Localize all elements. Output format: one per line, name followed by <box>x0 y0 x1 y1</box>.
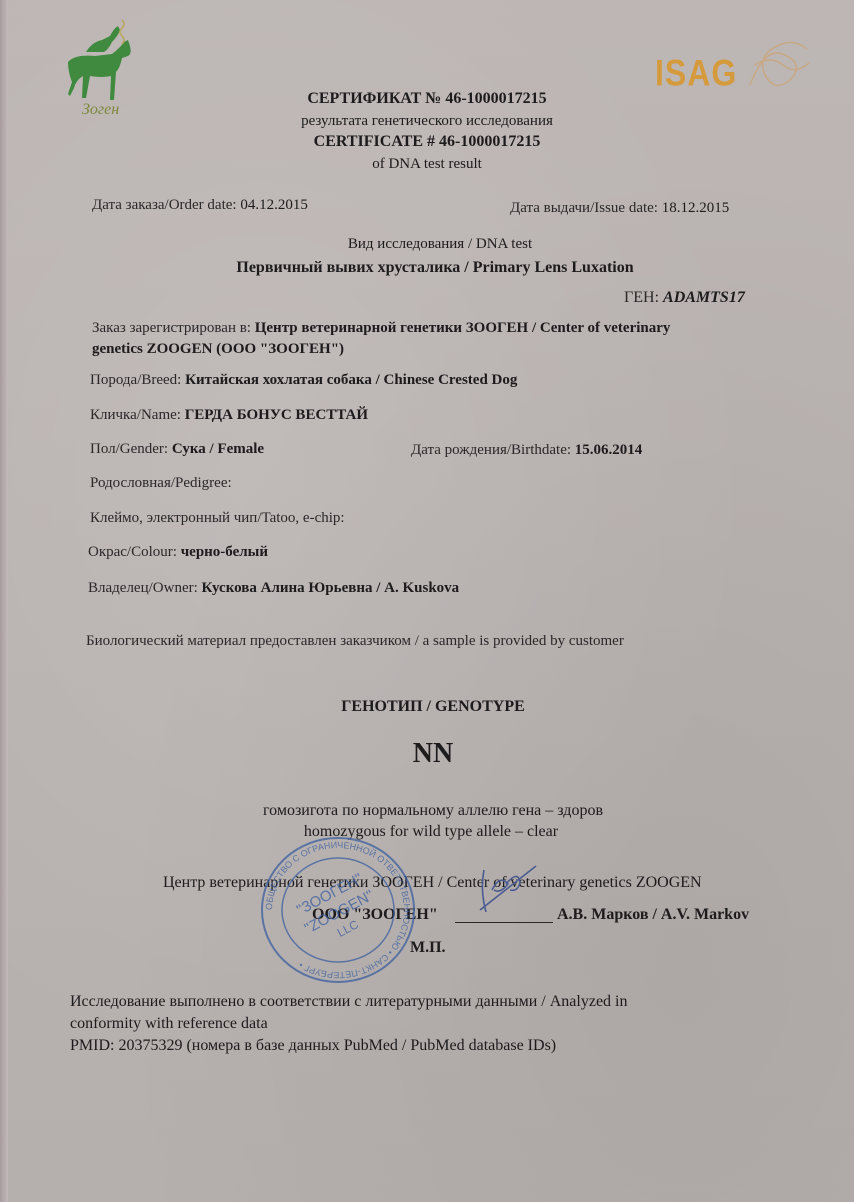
birthdate-label: Дата рождения/Birthdate: <box>411 442 575 458</box>
footer-line-2: conformity with reference data <box>70 1015 268 1033</box>
footer-pmid: PMID: 20375329 (номера в базе данных Pub… <box>70 1037 556 1055</box>
dna-test-label: Вид исследования / DNA test <box>0 236 854 253</box>
gender-value: Сука / Female <box>172 441 264 457</box>
company-stamp-icon: ОБЩЕСТВО С ОГРАНИЧЕННОЙ ОТВЕТСТВЕННОСТЬЮ… <box>258 835 418 985</box>
gene-value: ADAMTS17 <box>663 289 745 306</box>
certificate-subtitle-ru: результата генетического исследования <box>0 113 854 130</box>
owner-label: Владелец/Owner: <box>88 580 202 596</box>
issue-date: Дата выдачи/Issue date: 18.12.2015 <box>510 200 729 217</box>
colour: Окрас/Colour: черно-белый <box>88 544 268 561</box>
handwritten-signature-icon <box>470 860 540 915</box>
genotype-desc-ru: гомозигота по нормальному аллелю гена – … <box>0 802 854 820</box>
isag-logo: ISAG <box>655 52 737 95</box>
colour-label: Окрас/Colour: <box>88 544 181 560</box>
sample-note: Биологический материал предоставлен зака… <box>86 633 624 650</box>
colour-value: черно-белый <box>181 544 268 560</box>
registered-label: Заказ зарегистрирован в: <box>92 320 255 336</box>
issue-date-value: 18.12.2015 <box>662 200 730 216</box>
gene: ГЕН: ADAMTS17 <box>624 289 745 307</box>
signature-line <box>455 922 553 923</box>
birthdate: Дата рождения/Birthdate: 15.06.2014 <box>411 442 642 459</box>
order-date-value: 04.12.2015 <box>240 197 308 213</box>
certificate-title-ru: СЕРТИФИКАТ № 46-1000017215 <box>0 90 854 108</box>
genotype-desc-en: homozygous for wild type allele – clear <box>0 823 854 841</box>
owner-value: Кускова Алина Юрьевна / A. Kuskova <box>202 580 460 596</box>
issue-date-label: Дата выдачи/Issue date: <box>510 200 662 216</box>
dog-name-label: Кличка/Name: <box>90 407 185 423</box>
gender-label: Пол/Gender: <box>90 441 172 457</box>
breed-label: Порода/Breed: <box>90 372 185 388</box>
signer-name: А.В. Марков / A.V. Markov <box>557 906 749 924</box>
certificate-subtitle-en: of DNA test result <box>0 156 854 173</box>
dna-test-name: Первичный вывих хрусталика / Primary Len… <box>0 259 854 277</box>
breed-value: Китайская хохлатая собака / Chinese Cres… <box>185 372 517 388</box>
registered-at: Заказ зарегистрирован в: Центр ветеринар… <box>92 320 670 337</box>
genotype-value: NN <box>0 738 854 770</box>
birthdate-value: 15.06.2014 <box>575 442 643 458</box>
dog-name-value: ГЕРДА БОНУС ВЕСТТАЙ <box>185 407 368 423</box>
registered-value-line2: genetics ZOOGEN (ООО "ЗООГЕН") <box>92 341 344 358</box>
gender: Пол/Gender: Сука / Female <box>90 441 264 458</box>
signature-center-name: Центр ветеринарной генетики ЗООГЕН / Cen… <box>163 874 702 892</box>
dog-name: Кличка/Name: ГЕРДА БОНУС ВЕСТТАЙ <box>90 407 368 424</box>
page-edge <box>0 0 8 1202</box>
chip-label: Клеймо, электронный чип/Tatoo, e-chip: <box>90 510 345 527</box>
certificate-title-en: CERTIFICATE # 46-1000017215 <box>0 133 854 151</box>
genotype-heading: ГЕНОТИП / GENOTYPE <box>0 698 854 716</box>
order-date: Дата заказа/Order date: 04.12.2015 <box>92 197 308 214</box>
footer-line-1: Исследование выполнено в соответствии с … <box>70 993 627 1011</box>
registered-value-line1: Центр ветеринарной генетики ЗООГЕН / Cen… <box>255 320 671 336</box>
order-date-label: Дата заказа/Order date: <box>92 197 240 213</box>
breed: Порода/Breed: Китайская хохлатая собака … <box>90 372 517 389</box>
pedigree-label: Родословная/Pedigree: <box>90 475 232 492</box>
owner: Владелец/Owner: Кускова Алина Юрьевна / … <box>88 580 459 597</box>
dna-helix-icon <box>745 35 815 95</box>
gene-label: ГЕН: <box>624 289 663 306</box>
